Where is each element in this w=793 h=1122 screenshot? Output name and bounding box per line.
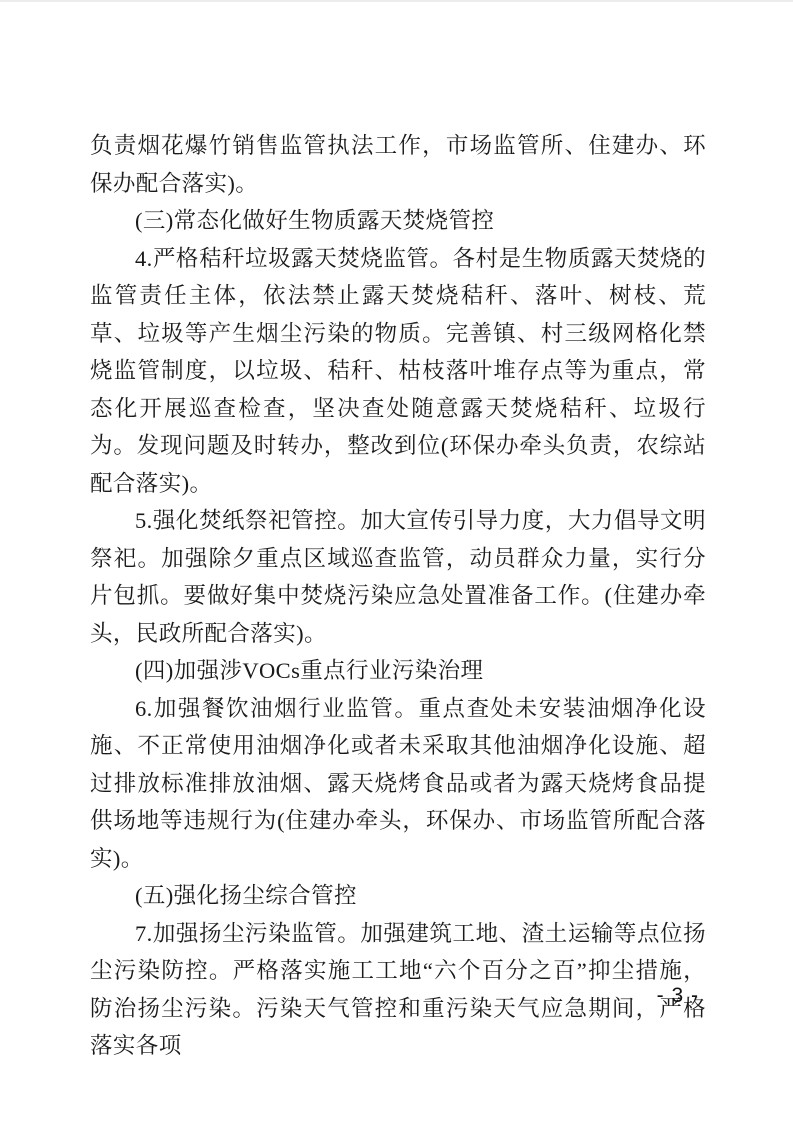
- document-page: 负责烟花爆竹销售监管执法工作，市场监管所、住建办、环保办配合落实)。 (三)常态…: [0, 0, 793, 1122]
- paragraph-item-4: 4.严格秸秆垃圾露天焚烧监管。各村是生物质露天焚烧的监管责任主体，依法禁止露天焚…: [90, 240, 706, 503]
- paragraph-item-6: 6.加强餐饮油烟行业监管。重点查处未安装油烟净化设施、不正常使用油烟净化或者未采…: [90, 690, 706, 878]
- paragraph-item-5: 5.强化焚纸祭祀管控。加大宣传引导力度，大力倡导文明祭祀。加强除夕重点区域巡查监…: [90, 502, 706, 652]
- paragraph-continuation: 负责烟花爆竹销售监管执法工作，市场监管所、住建办、环保办配合落实)。: [90, 127, 706, 202]
- document-body: 负责烟花爆竹销售监管执法工作，市场监管所、住建办、环保办配合落实)。 (三)常态…: [90, 127, 706, 1065]
- section-heading-3: (三)常态化做好生物质露天焚烧管控: [90, 202, 706, 240]
- paragraph-item-7: 7.加强扬尘污染监管。加强建筑工地、渣土运输等点位扬尘污染防控。严格落实施工工地…: [90, 915, 706, 1065]
- scan-edge-artifact: [0, 0, 793, 2]
- section-heading-5: (五)强化扬尘综合管控: [90, 877, 706, 915]
- page-number: - 3 -: [657, 984, 699, 1008]
- section-heading-4: (四)加强涉VOCs重点行业污染治理: [90, 652, 706, 690]
